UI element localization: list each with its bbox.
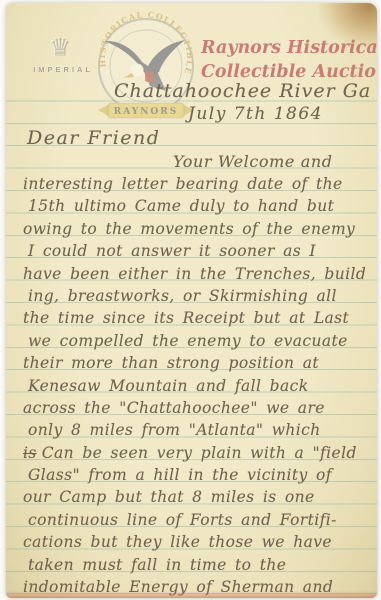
auction-seal-watermark: HISTORICAL COLLECTIBLE AUCTIONS RAYNORS (90, 11, 202, 123)
letter-salutation: Dear Friend (27, 127, 160, 149)
letter-date-line: July 7th 1864 (188, 104, 323, 124)
seal-banner-text: RAYNORS (114, 107, 178, 117)
letter-line-text: Can be seen very plain with a "field (42, 444, 357, 462)
letter-line: ing, breastworks, or Skirmishing all (18, 285, 373, 307)
letter-line: interesting letter bearing date of the (18, 173, 373, 195)
letter-line: indomitable Energy of Sherman and (18, 576, 373, 598)
letter-line: Kenesaw Mountain and fall back (18, 375, 373, 397)
letter-line: cations but they like those we have (18, 531, 373, 553)
letter-line: the time since its Receipt but at Last (18, 307, 373, 329)
letter-line: have been either in the Trenches, build (18, 263, 373, 285)
auction-brand-watermark: Raynors Historical Collectible Auctions (201, 36, 377, 84)
letter-place-line: Chattahoochee River Ga (114, 80, 371, 102)
letter-line: our Camp but that 8 miles is one (18, 486, 373, 508)
struck-word: is (23, 444, 37, 462)
letter-line: only 8 miles from "Atlanta" which (18, 419, 373, 441)
letter-line: 15th ultimo Came duly to hand but (18, 195, 373, 217)
emboss-label: IMPERIAL (26, 65, 100, 74)
letter-line: their more than strong position at (18, 352, 373, 374)
letter-paper: ♛ IMPERIAL HISTORICAL COLLECTIBLE AUCTIO… (6, 3, 377, 598)
raynors-banner: RAYNORS (98, 103, 194, 118)
letter-line: Glass" from a hill in the vicinity of (18, 464, 373, 486)
letter-line: we compelled the enemy to evacuate (18, 330, 373, 352)
letter-opening-line: Your Welcome and (173, 152, 333, 171)
letter-line: I could not answer it sooner as I (18, 240, 373, 262)
letter-line: owing to the movements of the enemy (18, 218, 373, 240)
letter-scan: ♛ IMPERIAL HISTORICAL COLLECTIBLE AUCTIO… (0, 0, 381, 600)
letter-line: continuous line of Forts and Fortifi- (18, 509, 373, 531)
imperial-emboss-stamp: ♛ IMPERIAL (26, 35, 100, 74)
brand-line-1: Raynors Historical (201, 36, 377, 60)
letter-line: taken must fall in time to the (18, 554, 373, 576)
letter-line: across the "Chattahoochee" we are (18, 397, 373, 419)
letter-body: interesting letter bearing date of the 1… (18, 173, 373, 598)
letter-line-with-strikethrough: isCan be seen very plain with a "field (18, 442, 373, 464)
crown-emboss-icon: ♛ (26, 35, 100, 59)
